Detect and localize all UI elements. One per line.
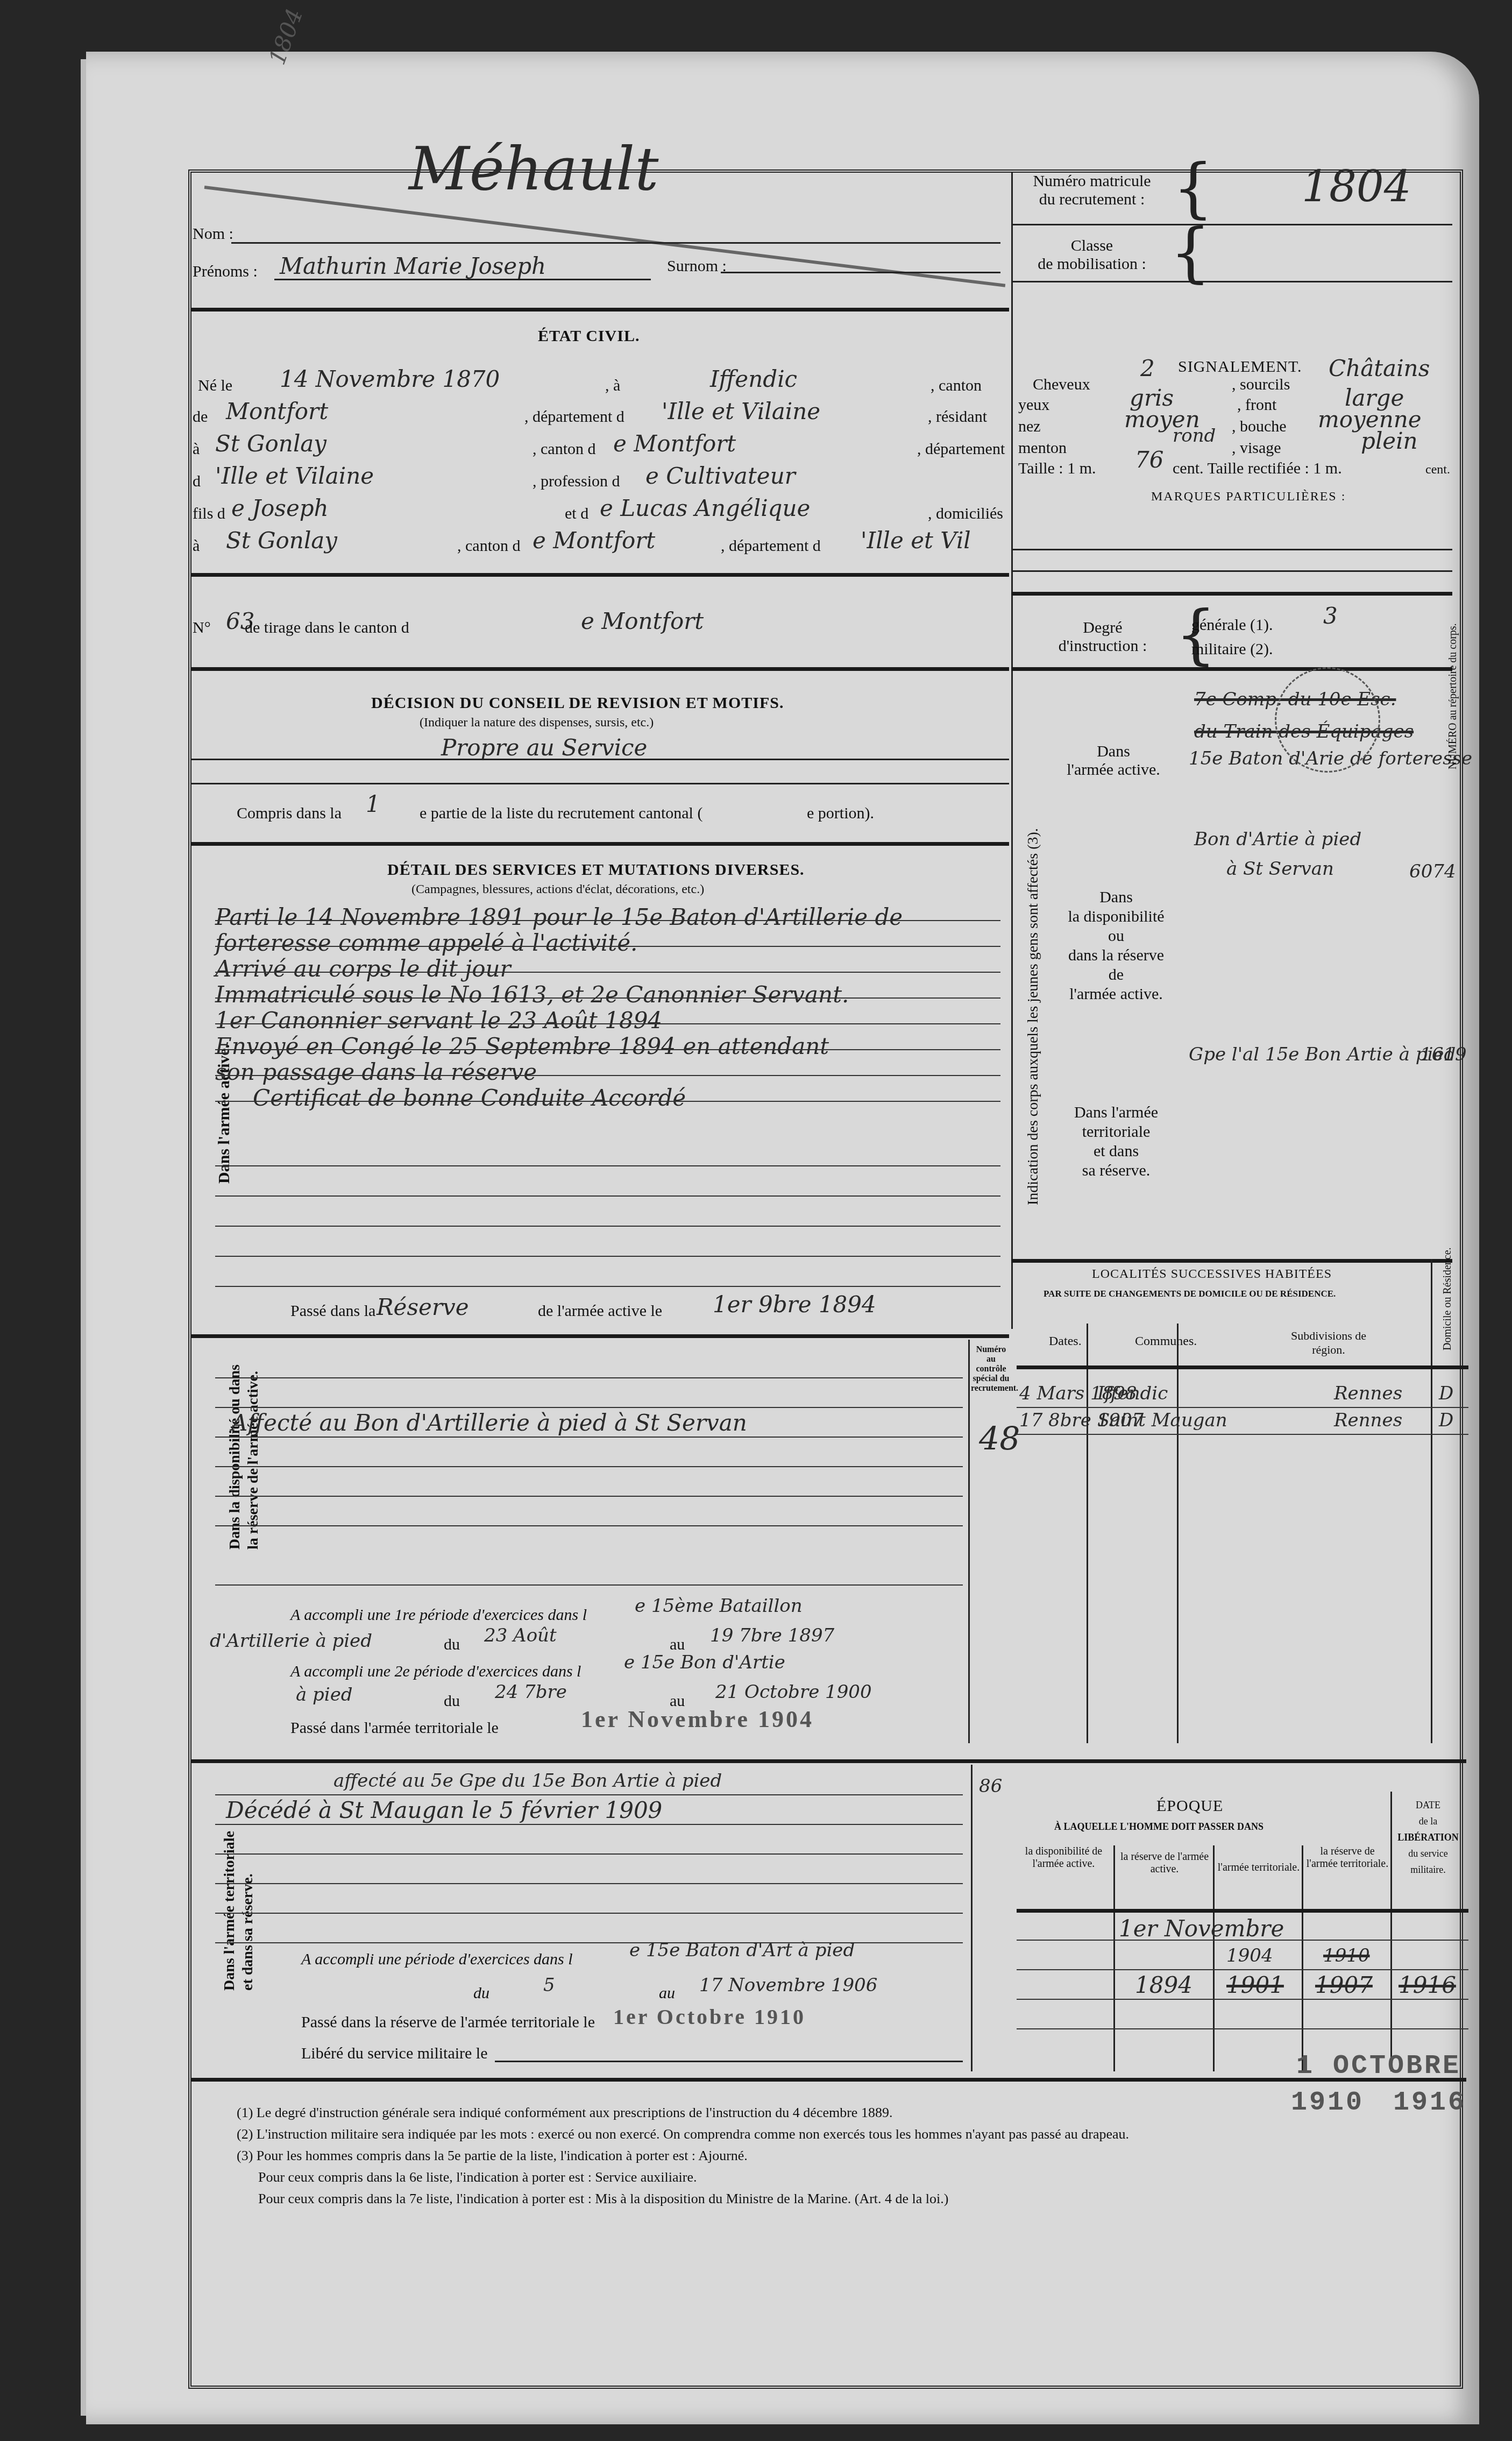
writing-line [215,1226,1000,1227]
corps-territoriale-label: Dans l'armée territoriale et dans sa rés… [1054,1103,1178,1180]
services-subtitle: (Campagnes, blessures, actions d'éclat, … [411,882,704,897]
numero-repertoire-label: NUMÉRO au répertoire du corps. [1447,623,1459,769]
taille-label: Taille : 1 m. [1018,459,1096,478]
epoque-reserve-active: 1894 [1135,1972,1192,1998]
canton-label: , canton [931,377,982,395]
sourcils-value: Châtains [1329,355,1430,381]
writing-line [215,1286,1000,1287]
periode2-corps2: à pied [296,1684,353,1706]
divider [1011,549,1452,550]
footnote-1: (1) Le degré d'instruction générale sera… [237,2105,892,2121]
corps-active-label: Dans l'armée active. [1054,742,1173,779]
surnom-label: Surnom : [667,257,727,275]
divider [1011,1259,1452,1263]
writing-line [215,1883,963,1884]
front-label: , front [1237,396,1276,414]
writing-line [215,1195,1000,1197]
label-line: et dans [1054,1142,1178,1161]
service-line: Envoyé en Congé le 25 Septembre 1894 en … [215,1033,829,1059]
corps-active-label-2: l'armée active. [1054,761,1173,779]
label-line: ou [1054,926,1178,946]
tirage-label: de tirage dans le canton d [245,619,409,637]
libere-label: Libéré du service militaire le [301,2044,488,2063]
controle-value: 48 [979,1420,1020,1458]
epoque-territoriale-original: 1901 [1226,1972,1284,1998]
divider [191,1759,1466,1763]
territoriale-numero: 86 [979,1775,1002,1797]
writing-line [215,1407,963,1408]
departement-label: , département [917,440,1005,458]
column-divider [1177,1324,1179,1743]
birth-canton-value: Montfort [226,398,328,424]
profession-value: e Cultivateur [645,463,796,489]
periode1-du: 23 Août [484,1625,557,1646]
compris-suffix: e partie de la liste du recrutement cant… [420,804,702,823]
yeux-label: yeux [1018,396,1049,414]
writing-line [215,1049,1000,1050]
epoque-liberation-original: 1916 [1399,1972,1456,1998]
writing-line [215,1023,1000,1024]
epoque-territoriale-corrected: 1904 [1226,1945,1273,1966]
writing-line [215,1377,963,1378]
writing-line [215,946,1000,947]
label-line: l'armée active. [1054,985,1178,1004]
prenoms-label: Prénoms : [193,263,258,281]
localite-dr: D [1439,1410,1453,1431]
taille-cent-label: cent. Taille rectifiée : 1 m. [1173,459,1342,478]
periode2-du: 24 7bre [495,1681,567,1703]
column-header-dates: Dates. [1049,1334,1082,1349]
tirage-canton-value: e Montfort [581,608,704,634]
circular-stamp [1275,667,1380,773]
father-value: e Joseph [231,495,329,521]
footnote-2: (2) L'instruction militaire sera indiqué… [237,2126,1129,2142]
writing-line [1017,1407,1468,1408]
a-label: , à [605,377,620,395]
territoriale-line: affecté au 5e Gpe du 15e Bon Artie à pie… [333,1770,722,1792]
writing-line [215,1165,1000,1166]
residence-departement-value: 'Ille et Vilaine [215,463,374,489]
au-label: au [670,1636,685,1654]
corps-territoriale-numero: 1619 [1420,1044,1467,1065]
instruction-label-1: Degré [1033,619,1173,637]
nom-value: Méhault [409,135,658,203]
service-line: Arrivé au corps le dit jour [215,956,511,982]
du-label: du [444,1692,460,1710]
generale-value: 3 [1323,603,1338,629]
localites-title: LOCALITÉS SUCCESSIVES HABITÉES [1092,1267,1332,1282]
etat-civil-title: ÉTAT CIVIL. [538,327,640,345]
periode2-au: 21 Octobre 1900 [715,1681,872,1703]
matricule-label: Numéro matricule du recrutement : [1017,172,1167,209]
prenoms-value: Mathurin Marie Joseph [280,253,546,279]
periode1-corps: e 15ème Bataillon [635,1595,803,1617]
territoriale-line: Décédé à St Maugan le 5 février 1909 [226,1797,662,1823]
column-divider [1113,1845,1115,2071]
liberation-header: DATE de la LIBÉRATION du service militai… [1393,1797,1463,1878]
localite-commune: Iffendic [1097,1383,1168,1404]
passe-suffix: de l'armée active le [538,1302,662,1320]
corps-disponibilite-label: Dans la disponibilité ou dans la réserve… [1054,888,1178,1004]
residence-value: St Gonlay [215,430,326,457]
epoque-subtitle: À LAQUELLE L'HOMME DOIT PASSER DANS [1054,1821,1263,1832]
localite-commune: Saint Maugan [1097,1410,1227,1431]
residant-label: , résidant [928,408,987,426]
nom-label: Nom : [193,225,233,243]
taille-value: 76 [1135,447,1163,473]
column-divider [968,1340,970,1743]
residence-canton-value: e Montfort [613,430,736,457]
birth-place-value: Iffendic [710,366,797,392]
corps-disponibilite-line: Bon d'Artie à pied [1194,829,1361,850]
services-title: DÉTAIL DES SERVICES ET MUTATIONS DIVERSE… [387,861,805,879]
birth-departement-value: 'Ille et Vilaine [662,398,820,424]
writing-line [215,1496,963,1497]
label-line: Dans l'armée [1054,1103,1178,1122]
divider [1011,570,1452,572]
departement-label: , département d [721,537,821,555]
territoriale-du: 5 [543,1975,555,1996]
decision-subtitle: (Indiquer la nature des dispenses, sursi… [420,716,654,730]
divider [1011,281,1452,282]
label-line: territoriale [1054,1122,1178,1142]
territoriale-value: 1er Novembre 1904 [581,1706,814,1733]
du-label: du [444,1636,460,1654]
footnote-3: (3) Pour les hommes compris dans la 5e p… [237,2148,748,2164]
writing-line [215,1466,963,1467]
du-label: du [473,1984,489,2003]
epoque-reserve-territoriale-original: 1907 [1315,1972,1373,1998]
footnote-5: Pour ceux compris dans la 7e liste, l'in… [258,2191,948,2207]
prenoms-line [274,279,651,280]
et-de-label: et d [565,505,588,523]
divider [1017,1909,1468,1913]
controle-label: Numéro au contrôle spécial du recrutemen… [971,1345,1011,1393]
affecte-value: Affecté au Bon d'Artillerie à pied à St … [231,1410,747,1436]
cheveux-label: Cheveux [1033,376,1090,394]
divider [191,573,1009,577]
corps-vertical-label: Indication des corps auxquels les jeunes… [1025,828,1042,1205]
divider [191,842,1009,846]
domicilies-label: , domiciliés [928,505,1003,523]
de-label: de [193,408,208,426]
territoriale-au: 17 Novembre 1906 [699,1975,877,1996]
periode2-corps: e 15e Bon d'Artie [624,1652,785,1673]
passe-date: 1er 9bre 1894 [713,1291,876,1318]
epoque-reserve-territoriale-corrected: 1910 [1323,1945,1370,1966]
label-line: de [1054,965,1178,985]
territoriale-periode-corps: e 15e Baton d'Art à pied [629,1940,855,1961]
service-line: Immatriculé sous le No 1613, et 2e Canon… [215,981,849,1008]
corps-disponibilite-numero: 6074 [1409,861,1456,882]
divider [191,1334,1009,1338]
canton-label: , canton d [533,440,595,458]
header-line: de la [1393,1813,1463,1829]
writing-line [215,1525,963,1526]
d-label: d [193,472,201,491]
header-line: LIBÉRATION [1393,1829,1463,1845]
decision-line [191,759,1009,760]
visage-value: plein [1361,428,1418,454]
domicile-departement-value: 'Ille et Vil [861,527,971,554]
departement-label: , département d [524,408,624,426]
portion-suffix: e portion). [807,804,874,823]
writing-line [215,920,1000,921]
reserve-vertical-label: Dans la disponibilité ou dans la réserve… [226,1356,262,1549]
instruction-label-2: d'instruction : [1033,637,1173,655]
domicile-value: St Gonlay [226,527,337,554]
menton-label: menton [1018,439,1067,457]
matricule-label-1: Numéro matricule [1017,172,1167,190]
divider [191,308,1009,312]
header-line: DATE [1393,1797,1463,1813]
footnote-4: Pour ceux compris dans la 6e liste, l'in… [258,2169,697,2185]
divider [1011,667,1452,671]
surnom-line [721,272,1000,273]
divider [191,667,1009,671]
passe-value: Réserve [377,1294,469,1320]
periode1-au: 19 7bre 1897 [710,1625,834,1646]
decision-line [191,783,1009,784]
divider [1011,592,1452,596]
decision-title: DÉCISION DU CONSEIL DE REVISION ET MOTIF… [371,694,784,712]
corps-active-label-1: Dans [1054,742,1173,761]
territoriale-label: Passé dans l'armée territoriale le [290,1719,499,1737]
bouche-label: , bouche [1232,418,1287,436]
compris-value: 1 [366,791,380,817]
marques-label: MARQUES PARTICULIÈRES : [1151,490,1346,504]
periode1-label: A accompli une 1re période d'exercices d… [290,1606,587,1624]
matricule-label-2: du recrutement : [1017,190,1167,209]
territoriale-reserve-value: 1er Octobre 1910 [613,2004,806,2029]
nez-label: nez [1018,418,1041,436]
au-label: au [659,1984,675,2003]
corps-disponibilite-line: à St Servan [1226,858,1334,880]
label-line: Dans [1054,888,1178,907]
stamp-year: 1910 [1291,2088,1364,2118]
fils-de-label: fils d [193,505,225,523]
divider [1017,1365,1468,1369]
writing-line [215,1824,963,1825]
epoque-title: ÉPOQUE [1156,1797,1223,1815]
cheveux-value: 2 [1140,355,1155,381]
service-line: Certificat de bonne Conduite Accordé [253,1085,686,1111]
localite-dr: D [1439,1383,1453,1404]
writing-line [215,1913,963,1914]
mother-value: e Lucas Angélique [600,495,810,521]
service-line: forteresse comme appelé à l'activité. [215,930,637,956]
epoque-col-reserve-territoriale: la réserve de l'armée territoriale. [1304,1845,1390,1870]
territoriale-reserve-label: Passé dans la réserve de l'armée territo… [301,2013,595,2032]
label-line: la disponibilité [1054,907,1178,926]
territoriale-periode-label: A accompli une période d'exercices dans … [301,1950,573,1969]
column-divider [971,1765,972,2071]
service-line: Parti le 14 Novembre 1891 pour le 15e Ba… [215,904,903,930]
classe-label-2: de mobilisation : [1017,255,1167,273]
cent-label: cent. [1425,463,1450,477]
epoque-col-disponibilite: la disponibilité de l'armée active. [1014,1845,1113,1870]
writing-line [215,972,1000,973]
label-line: dans la réserve [1054,946,1178,965]
label-line: sa réserve. [1054,1161,1178,1180]
stamp-date: 1 OCTOBRE [1296,2051,1461,2082]
domicile-canton-value: e Montfort [533,527,655,554]
compris-label: Compris dans la [237,804,342,823]
column-header-communes: Communes. [1135,1334,1197,1349]
menton-value: rond [1173,425,1216,447]
epoque-col-territoriale: l'armée territoriale. [1216,1862,1302,1874]
writing-line [215,1584,963,1586]
generale-label: générale (1). [1191,616,1273,634]
stamp-year: 1916 [1393,2088,1466,2118]
classe-label-1: Classe [1017,237,1167,255]
column-header-domicile-residence: Domicile ou Résidence. [1442,1247,1454,1350]
birth-date-value: 14 Novembre 1870 [280,366,500,392]
a-label: à [193,537,200,555]
writing-line [1017,1969,1468,1970]
column-header-subdivisions: Subdivisions de région. [1280,1329,1377,1357]
instruction-label: Degré d'instruction : [1033,619,1173,655]
decision-value: Propre au Service [441,734,647,761]
brace-icon: { [1173,156,1213,221]
militaire-label: militaire (2). [1191,640,1273,659]
header-line: du service [1393,1845,1463,1862]
periode1-corps2: d'Artillerie à pied [210,1630,372,1652]
column-divider [1390,1792,1392,2071]
writing-line [215,1437,963,1438]
localites-subtitle: PAR SUITE DE CHANGEMENTS DE DOMICILE OU … [1044,1289,1336,1299]
writing-line [215,1853,963,1855]
column-divider [1011,172,1013,1329]
a-label: à [193,440,200,458]
header-line: militaire. [1393,1862,1463,1878]
writing-line [215,997,1000,999]
matricule-value: 1804 [1302,161,1411,211]
epoque-col-reserve-active: la réserve de l'armée active. [1116,1851,1213,1876]
column-divider [1431,1259,1432,1743]
signalement-title: SIGNALEMENT. [1178,358,1302,376]
service-line: 1er Canonnier servant le 23 Août 1894 [215,1007,662,1034]
canton-label: , canton d [457,537,520,555]
writing-line [215,1101,1000,1102]
passe-label: Passé dans la [290,1302,375,1320]
writing-line [215,1794,963,1795]
libere-line [495,2061,963,2062]
service-line: son passage dans la réserve [215,1059,537,1085]
localite-subdivision: Rennes [1334,1383,1402,1404]
writing-line [215,1256,1000,1257]
epoque-row-note: 1er Novembre [1119,1915,1284,1942]
column-divider [1302,1845,1303,2071]
writing-line [1017,1940,1468,1941]
periode2-label: A accompli une 2e période d'exercices da… [290,1662,581,1681]
visage-label: , visage [1232,439,1281,457]
writing-line [1017,1434,1468,1435]
divider [191,2078,1466,2082]
profession-label: , profession d [533,472,620,491]
writing-line [1017,2028,1468,2029]
tirage-no-label: N° [193,619,211,637]
writing-line [1017,1999,1468,2000]
brace-icon: { [1170,221,1211,285]
ne-le-label: Né le [198,377,232,395]
classe-label: Classe de mobilisation : [1017,237,1167,273]
nom-line [231,242,1000,244]
column-divider [1213,1845,1215,2071]
writing-line [215,1075,1000,1076]
divider [1011,224,1452,225]
sourcils-label: , sourcils [1232,376,1290,394]
corps-territoriale-line: Gpe l'al 15e Bon Artie à pied [1189,1044,1456,1065]
localite-subdivision: Rennes [1334,1410,1402,1431]
